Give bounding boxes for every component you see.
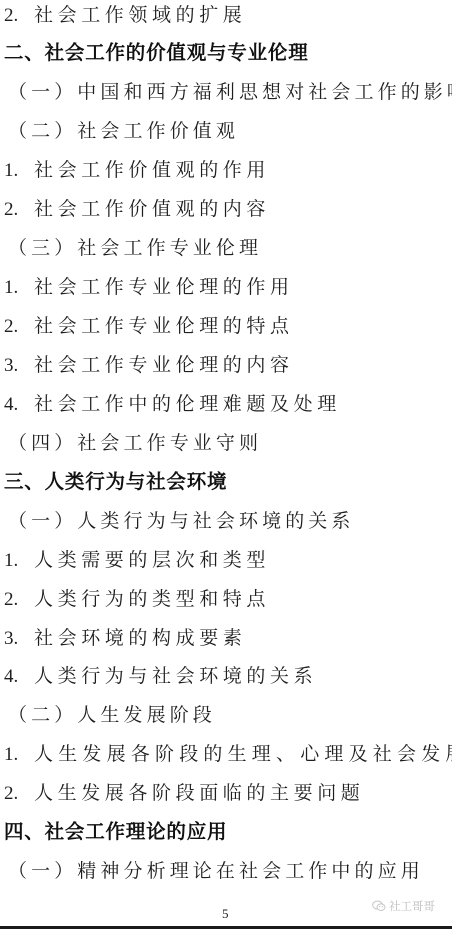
- subsection-heading: （一）精神分析理论在社会工作中的应用: [0, 856, 424, 886]
- watermark-text: 社工哥哥: [389, 898, 435, 914]
- item-number: 2.: [0, 1, 34, 31]
- list-item: 2.社会工作领域的扩展: [0, 0, 246, 30]
- document-page: 2.社会工作领域的扩展 二、社会工作的价值观与专业伦理 （一）中国和西方福利思想…: [0, 0, 452, 929]
- item-number: 2.: [0, 779, 34, 809]
- item-text: 社会工作专业伦理的作用: [34, 276, 294, 298]
- subsection-heading: （二）人生发展阶段: [0, 700, 216, 730]
- list-item: 2.社会工作价值观的内容: [0, 194, 270, 224]
- item-text: 社会工作价值观的内容: [34, 198, 270, 220]
- list-item: 3.社会环境的构成要素: [0, 623, 246, 653]
- item-number: 1.: [0, 740, 34, 770]
- item-number: 4.: [0, 390, 34, 420]
- subsection-text: （三）社会工作专业伦理: [8, 237, 262, 259]
- item-number: 3.: [0, 351, 34, 381]
- section-heading: 二、社会工作的价值观与专业伦理: [0, 38, 309, 68]
- subsection-heading: （二）社会工作价值观: [0, 116, 239, 146]
- section-heading: 三、人类行为与社会环境: [0, 467, 227, 497]
- item-text: 社会工作领域的扩展: [34, 4, 246, 26]
- list-item: 1.社会工作价值观的作用: [0, 155, 270, 185]
- item-text: 人类需要的层次和类型: [34, 549, 270, 571]
- item-text: 社会工作专业伦理的内容: [34, 354, 294, 376]
- page-number: 5: [222, 906, 229, 922]
- section-heading: 四、社会工作理论的应用: [0, 817, 227, 847]
- list-item: 1.人类需要的层次和类型: [0, 545, 270, 575]
- list-item: 2.人类行为的类型和特点: [0, 584, 270, 614]
- subsection-text: （一）中国和西方福利思想对社会工作的影响: [8, 81, 452, 103]
- item-text: 社会工作中的伦理难题及处理: [34, 393, 341, 415]
- subsection-heading: （一）中国和西方福利思想对社会工作的影响: [0, 77, 452, 107]
- item-number: 1.: [0, 546, 34, 576]
- watermark: 社工哥哥: [372, 898, 435, 914]
- item-number: 1.: [0, 156, 34, 186]
- subsection-heading: （三）社会工作专业伦理: [0, 233, 262, 263]
- list-item: 1.人生发展各阶段的生理、心理及社会发展特征: [0, 739, 452, 769]
- subsection-text: （一）人类行为与社会环境的关系: [8, 510, 355, 532]
- item-number: 1.: [0, 273, 34, 303]
- wechat-icon: [372, 900, 386, 912]
- list-item: 4.社会工作中的伦理难题及处理: [0, 389, 341, 419]
- subsection-text: （二）人生发展阶段: [8, 704, 216, 726]
- subsection-heading: （四）社会工作专业守则: [0, 428, 262, 458]
- subsection-text: （四）社会工作专业守则: [8, 432, 262, 454]
- item-text: 人生发展各阶段的生理、心理及社会发展特征: [34, 743, 452, 765]
- item-text: 人类行为与社会环境的关系: [34, 665, 317, 687]
- item-number: 2.: [0, 585, 34, 615]
- item-number: 3.: [0, 624, 34, 654]
- list-item: 2.社会工作专业伦理的特点: [0, 311, 294, 341]
- list-item: 3.社会工作专业伦理的内容: [0, 350, 294, 380]
- list-item: 1.社会工作专业伦理的作用: [0, 272, 294, 302]
- item-number: 4.: [0, 662, 34, 692]
- subsection-heading: （一）人类行为与社会环境的关系: [0, 506, 355, 536]
- subsection-text: （二）社会工作价值观: [8, 120, 239, 142]
- item-text: 人生发展各阶段面临的主要问题: [34, 782, 364, 804]
- item-text: 人类行为的类型和特点: [34, 588, 270, 610]
- subsection-text: （一）精神分析理论在社会工作中的应用: [8, 860, 424, 882]
- list-item: 4.人类行为与社会环境的关系: [0, 661, 317, 691]
- item-text: 社会工作价值观的作用: [34, 159, 270, 181]
- item-number: 2.: [0, 195, 34, 225]
- list-item: 2.人生发展各阶段面临的主要问题: [0, 778, 364, 808]
- item-text: 社会环境的构成要素: [34, 627, 246, 649]
- item-text: 社会工作专业伦理的特点: [34, 315, 294, 337]
- item-number: 2.: [0, 312, 34, 342]
